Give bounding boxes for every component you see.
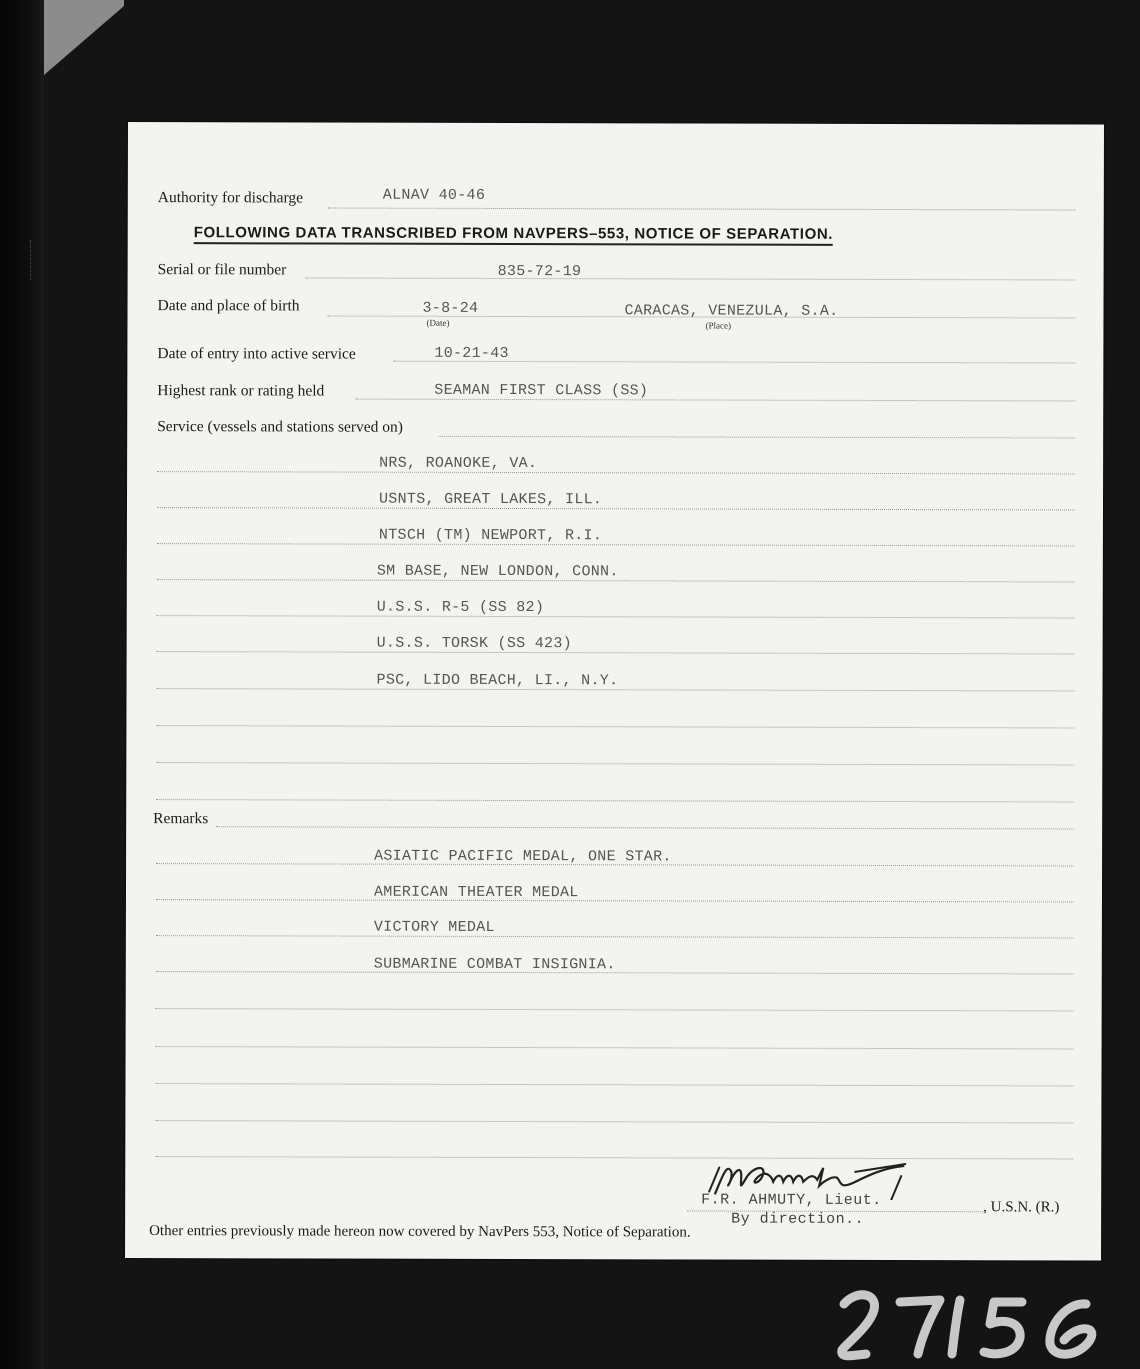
service-line-10 (156, 799, 1074, 802)
signature-suffix: , U.S.N. (R.) (983, 1198, 1059, 1216)
remarks-line-3 (156, 935, 1074, 938)
serial-dotted-line (306, 277, 1076, 280)
film-mark (30, 240, 41, 280)
rank-value: SEAMAN FIRST CLASS (SS) (434, 382, 648, 401)
birth-place-value: CARACAS, VENEZULA, S.A. (624, 302, 838, 321)
service-line-1 (157, 471, 1075, 474)
service-line-5 (157, 615, 1075, 618)
service-item: NTSCH (TM) NEWPORT, R.I. (379, 527, 602, 546)
service-line-6 (157, 651, 1075, 654)
birth-label: Date and place of birth (157, 297, 299, 315)
birth-date-caption: (Date) (426, 318, 449, 328)
handwritten-file-number-text: 27156 (836, 1361, 839, 1362)
remarks-dotted-line (216, 826, 1074, 829)
remarks-item: ASIATIC PACIFIC MEDAL, ONE STAR. (374, 848, 672, 867)
entry-label: Date of entry into active service (157, 345, 355, 364)
by-direction: By direction.. (731, 1211, 864, 1228)
remarks-item: SUBMARINE COMBAT INSIGNIA. (374, 956, 616, 975)
remarks-item: VICTORY MEDAL (374, 919, 495, 937)
entry-value: 10-21-43 (434, 345, 508, 363)
signer-name: F.R. AHMUTY, Lieut. (701, 1192, 882, 1209)
service-item: PSC, LIDO BEACH, LI., N.Y. (377, 672, 619, 691)
discharge-record-card: Authority for discharge ALNAV 40-46 FOLL… (125, 122, 1104, 1261)
service-line-8 (156, 725, 1074, 728)
service-line-2 (157, 507, 1075, 510)
service-dotted-line (438, 436, 1075, 439)
service-line-9 (156, 762, 1074, 765)
service-item: USNTS, GREAT LAKES, ILL. (379, 491, 602, 510)
service-item: SM BASE, NEW LONDON, CONN. (377, 563, 619, 582)
serial-value: 835-72-19 (498, 263, 582, 281)
remarks-line-6 (156, 1046, 1074, 1049)
film-edge (0, 0, 44, 1369)
film-edge-highlight (44, 0, 124, 75)
service-item: NRS, ROANOKE, VA. (379, 455, 537, 473)
authority-value: ALNAV 40-46 (383, 187, 485, 205)
remarks-line-7 (155, 1083, 1073, 1086)
remarks-line-9 (155, 1156, 1073, 1159)
service-line-3 (157, 543, 1075, 546)
remarks-line-8 (155, 1120, 1073, 1123)
section-heading: FOLLOWING DATA TRANSCRIBED FROM NAVPERS–… (194, 224, 833, 246)
birth-date-value: 3-8-24 (422, 300, 478, 318)
birth-place-caption: (Place) (705, 321, 731, 331)
rank-label: Highest rank or rating held (157, 382, 324, 400)
authority-dotted-line (328, 208, 1076, 211)
service-item: U.S.S. TORSK (SS 423) (377, 635, 572, 654)
service-label: Service (vessels and stations served on) (157, 418, 403, 437)
serial-label: Serial or file number (158, 261, 287, 279)
authority-label: Authority for discharge (158, 189, 303, 207)
footer-note: Other entries previously made hereon now… (149, 1222, 691, 1241)
remarks-line-5 (156, 1008, 1074, 1011)
remarks-label: Remarks (153, 810, 208, 828)
remarks-line-2 (156, 899, 1074, 902)
service-item: U.S.S. R-5 (SS 82) (377, 599, 544, 617)
handwritten-file-number: 27156 (836, 1288, 1106, 1362)
remarks-item: AMERICAN THEATER MEDAL (374, 884, 579, 903)
